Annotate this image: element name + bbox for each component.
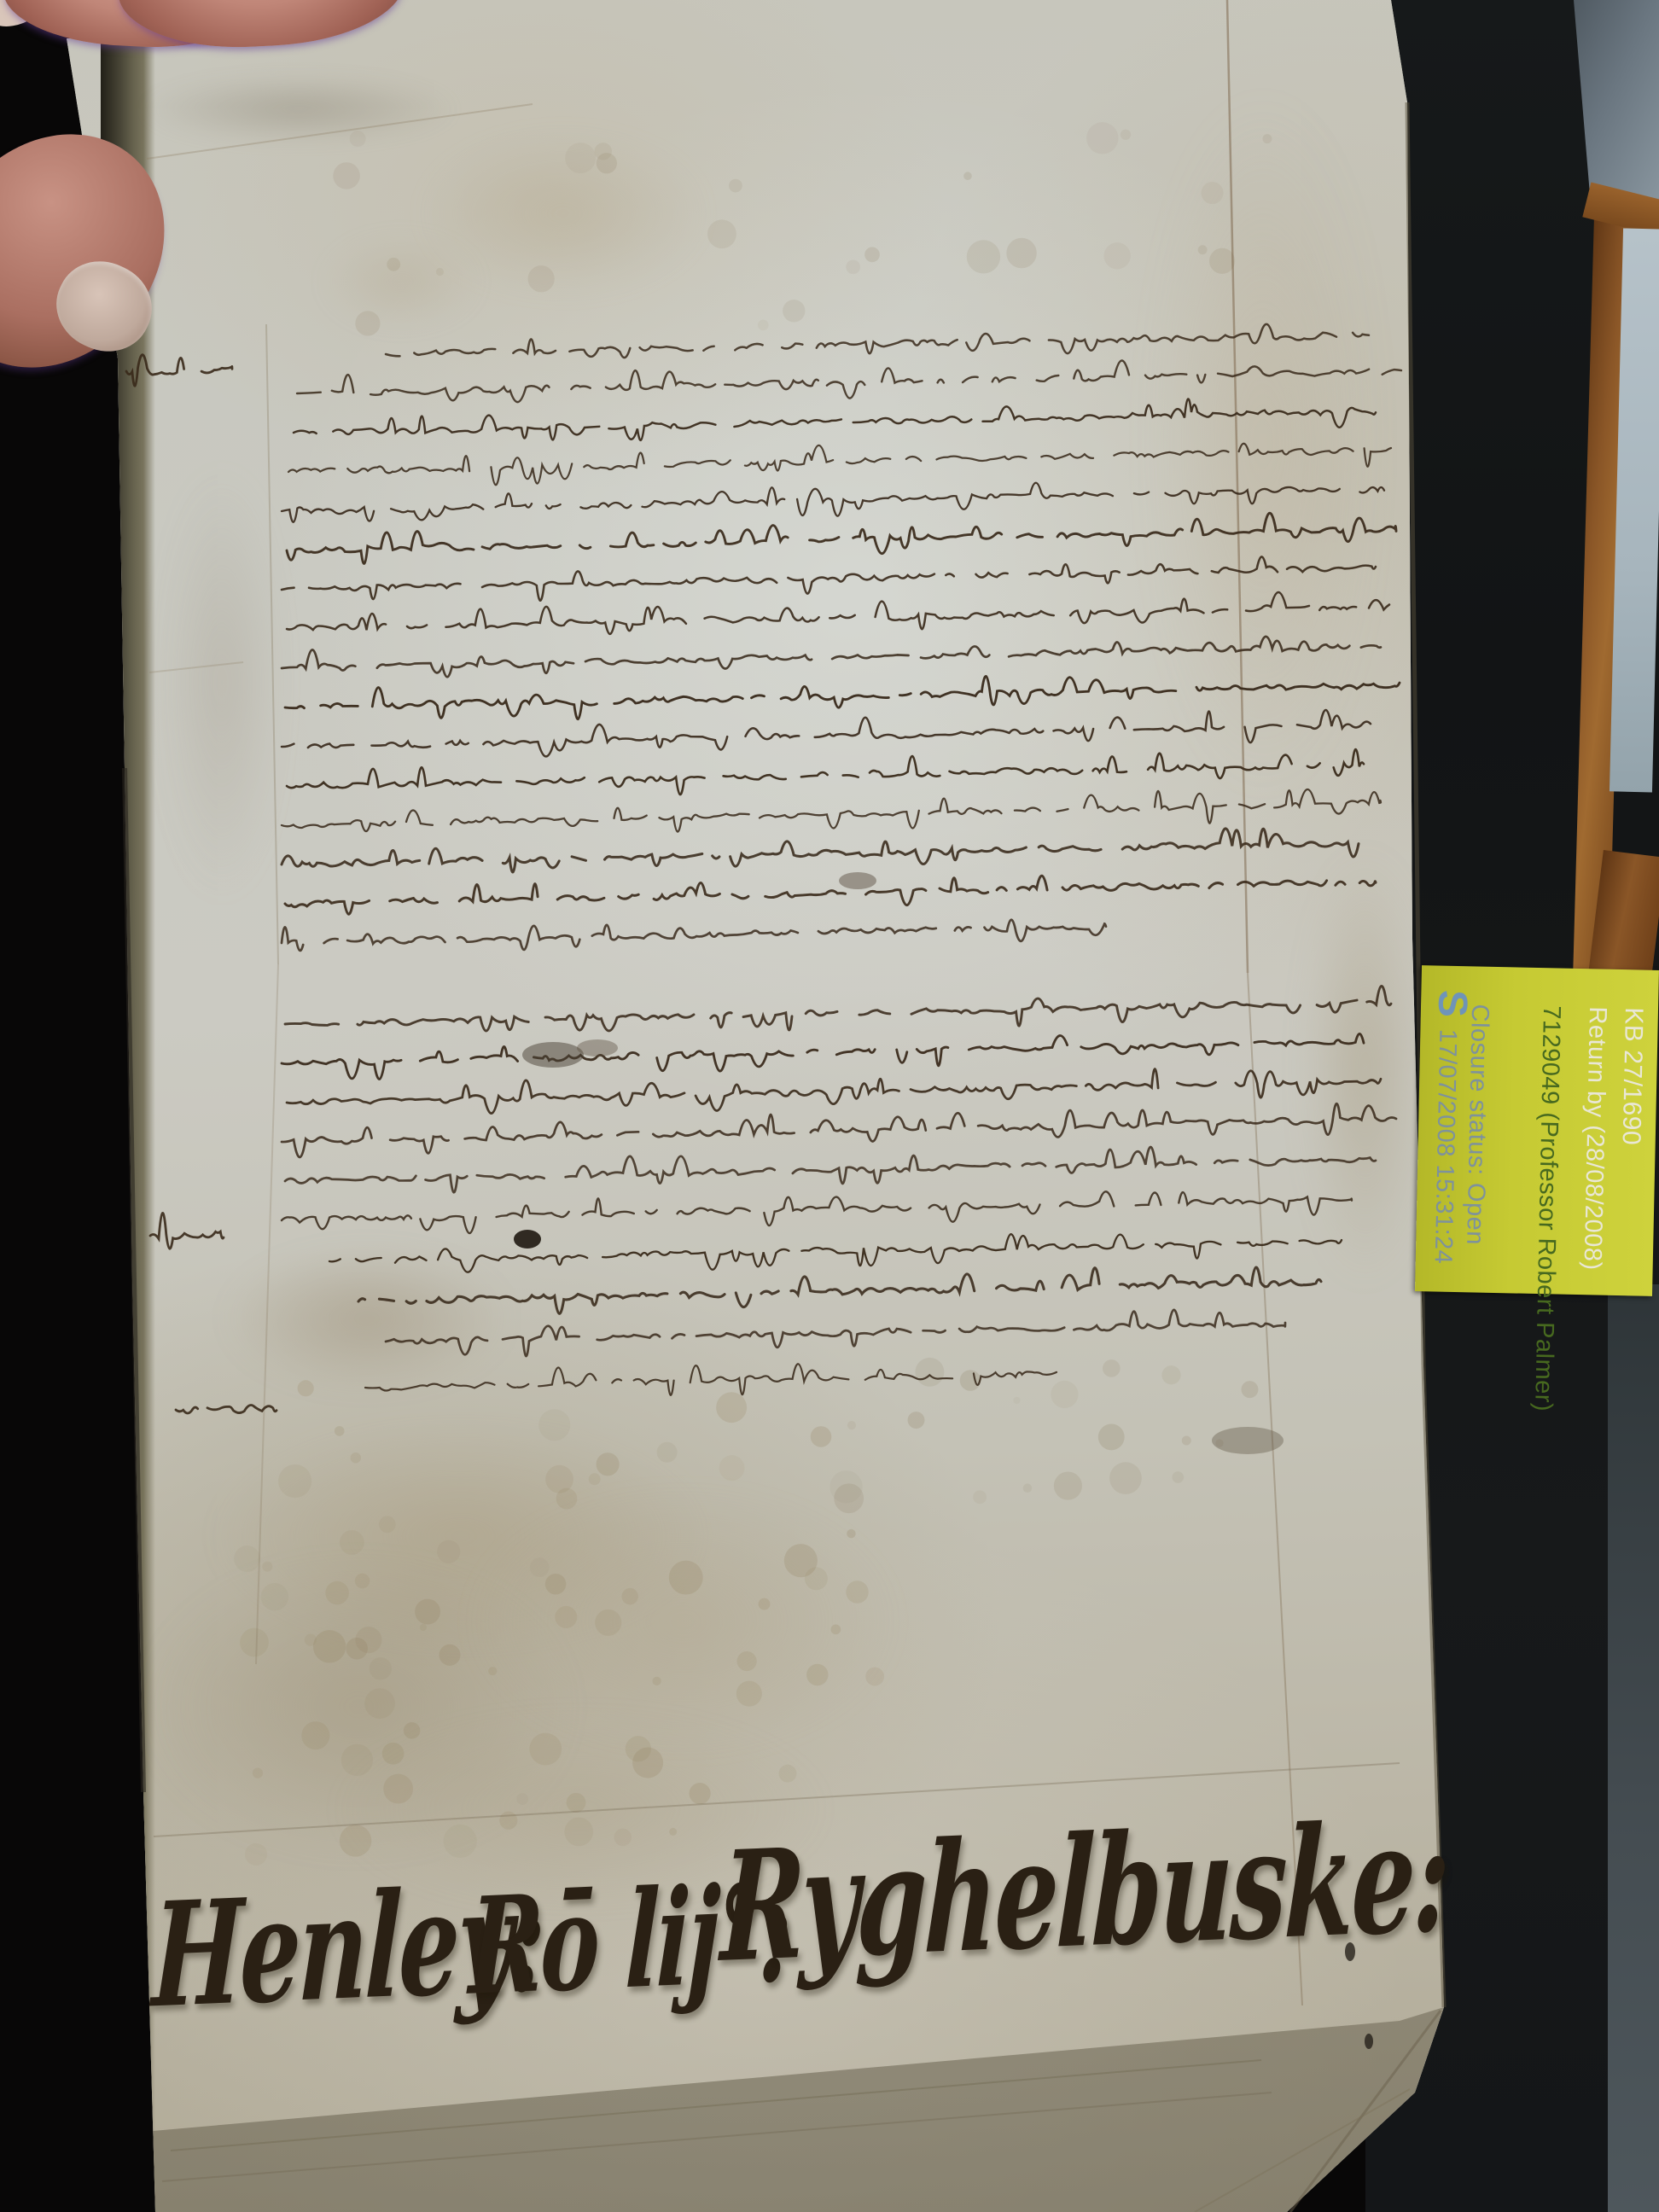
parchment-stain [1152, 85, 1374, 802]
archive-reference-tag: S KB 27/1690Return by (28/08/2008)712904… [1415, 965, 1659, 1296]
parchment-stain [320, 235, 482, 329]
parchment-stain [205, 1417, 717, 1656]
parchment-stain [137, 75, 461, 143]
table-edge-strip [1608, 1284, 1659, 2212]
parchment-stain [222, 1246, 512, 1391]
tag-line: Closure status: Open [1460, 1004, 1493, 1245]
parchment-stain [418, 132, 708, 294]
photo-stage: Henley:Rō lij°:Ryghelbuske: S KB 27/1690… [0, 0, 1659, 2212]
tag-line: Return by (28/08/2008) [1578, 1006, 1611, 1271]
tag-line: KB 27/1690 [1616, 1007, 1648, 1145]
archive-tag-text-block: S KB 27/1690Return by (28/08/2008)712904… [1415, 965, 1659, 1296]
parchment-stain [162, 461, 282, 905]
parchment-stain [1306, 845, 1425, 1289]
parchment-stain [137, 1553, 580, 1860]
tag-line: 17/07/2008 15:31:24 [1429, 1028, 1462, 1264]
endorsement-word: Ryghelbuske: [719, 1787, 1450, 1996]
parchment-stain [461, 1485, 905, 1758]
